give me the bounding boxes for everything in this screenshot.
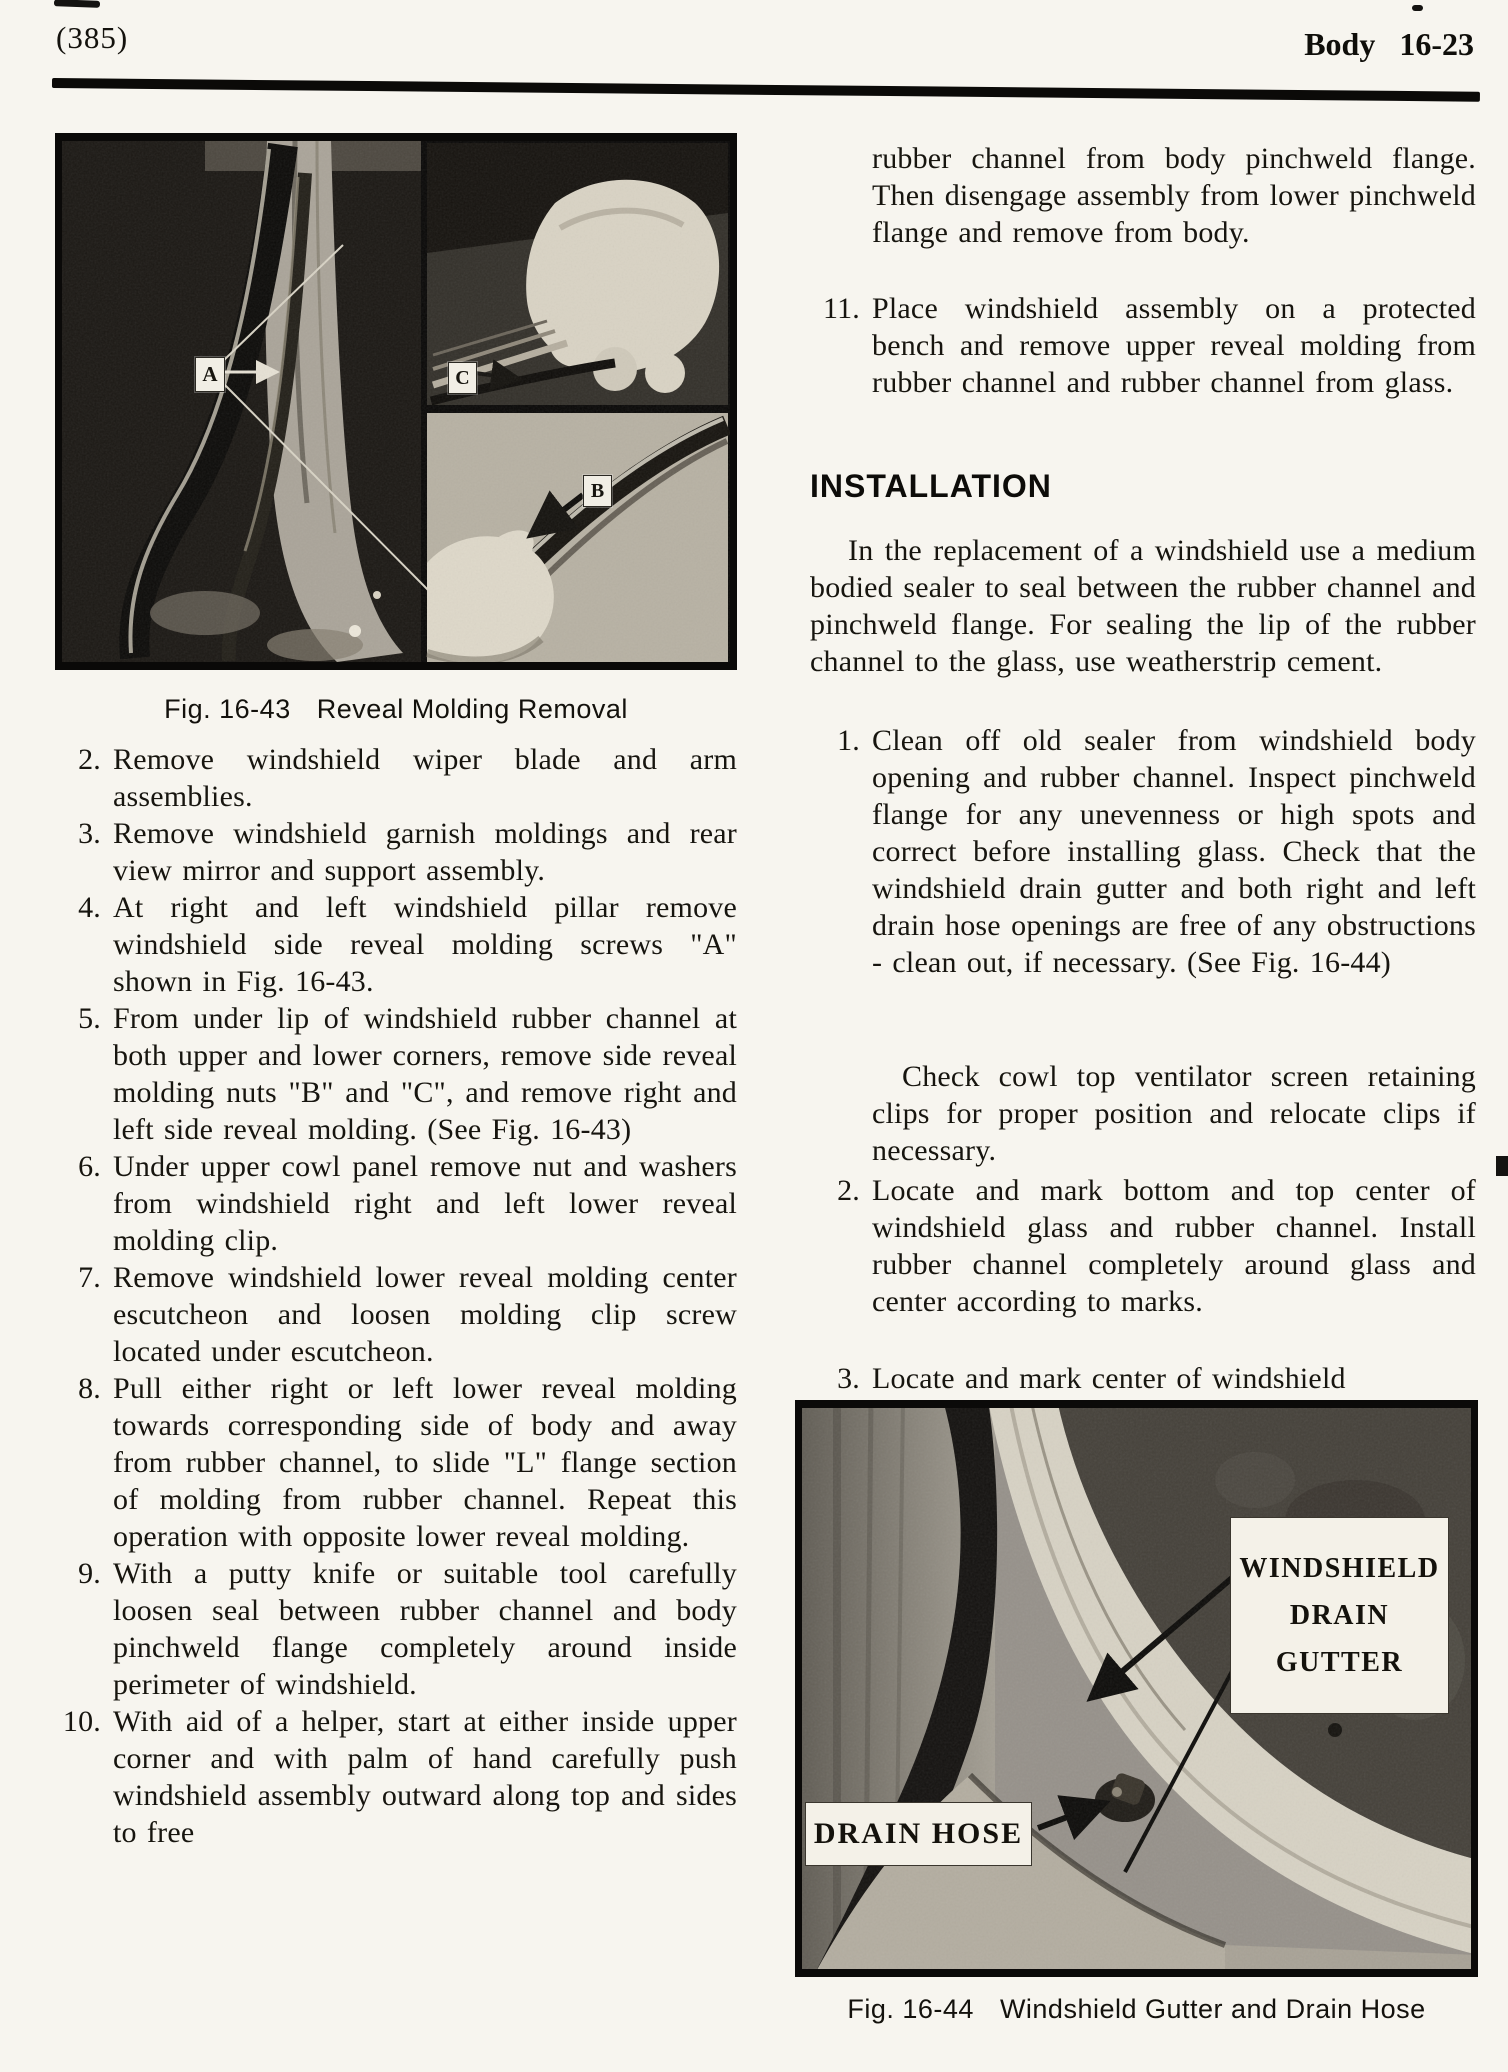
step-text: Remove windshield garnish moldings and r… [113,815,737,889]
callout-b: B [583,475,612,507]
figure-16-44: WINDSHIELD DRAIN GUTTER DRAIN HOSE [795,1400,1478,1977]
annotation-windshield-drain-gutter: WINDSHIELD DRAIN GUTTER [1230,1517,1449,1714]
figure-16-44-caption: Fig. 16-44Windshield Gutter and Drain Ho… [795,1994,1478,2025]
figure-16-43-caption: Fig. 16-43Reveal Molding Removal [55,694,737,725]
scan-artifact [1412,5,1423,11]
step-text: Locate and mark bottom and top center of… [872,1172,1476,1320]
section-header: Body 16-23 [1304,26,1474,63]
list-item: 7. Remove windshield lower reveal moldin… [55,1259,737,1370]
step-number: 4. [55,889,113,926]
step-text: Remove windshield lower reveal molding c… [113,1259,737,1370]
figure-16-43-number: Fig. 16-43 [164,694,291,724]
step-text: Under upper cowl panel remove nut and wa… [113,1148,737,1259]
step-number: 7. [55,1259,113,1296]
list-item: 8. Pull either right or left lower revea… [55,1370,737,1555]
step-number: 11. [810,290,872,327]
callout-c: C [448,362,477,394]
removal-steps-list: 2. Remove windshield wiper blade and arm… [55,741,737,1851]
step-number: 3. [810,1360,872,1397]
figure-16-44-title: Windshield Gutter and Drain Hose [1000,1994,1426,2024]
step-text: Place windshield assembly on a protected… [872,290,1476,401]
step-text: With aid of a helper, start at either in… [113,1703,737,1851]
step-text: Locate and mark center of windshield [872,1360,1476,1397]
cowl-note-paragraph: Check cowl top ventilator screen retaini… [872,1058,1476,1169]
list-item: 11. Place windshield assembly on a prote… [810,290,1476,401]
annotation-drain-hose: DRAIN HOSE [805,1802,1032,1866]
step-text: At right and left windshield pillar remo… [113,889,737,1000]
installation-heading: INSTALLATION [810,468,1052,505]
figure-16-43: A C B [55,133,737,670]
callout-a: A [195,357,225,392]
step-text: From under lip of windshield rubber chan… [113,1000,737,1148]
step-number: 10. [55,1703,113,1740]
step-number: 2. [810,1172,872,1209]
step-text: Clean off old sealer from windshield bod… [872,722,1476,981]
step-number: 9. [55,1555,113,1592]
step-number: 8. [55,1370,113,1407]
list-item: 6. Under upper cowl panel remove nut and… [55,1148,737,1259]
step-number: 3. [55,815,113,852]
list-item: 5. From under lip of windshield rubber c… [55,1000,737,1148]
list-item: 2. Remove windshield wiper blade and arm… [55,741,737,815]
step-number: 5. [55,1000,113,1037]
scan-artifact [54,0,100,8]
installation-intro: In the replacement of a windshield use a… [810,532,1476,680]
step-number: 2. [55,741,113,778]
page-number: (385) [56,20,128,56]
step-number: 6. [55,1148,113,1185]
list-item: 9. With a putty knife or suitable tool c… [55,1555,737,1703]
scan-artifact [1496,1156,1508,1176]
list-item: 3. Locate and mark center of windshield [810,1360,1476,1397]
step-text: Remove windshield wiper blade and arm as… [113,741,737,815]
list-item: 3. Remove windshield garnish moldings an… [55,815,737,889]
step-text: Pull either right or left lower reveal m… [113,1370,737,1555]
continuation-paragraph: rubber channel from body pinchweld flang… [872,140,1476,251]
list-item: 4. At right and left windshield pillar r… [55,889,737,1000]
figure-16-44-number: Fig. 16-44 [847,1994,974,2024]
header-rule [52,78,1480,102]
list-item: 2. Locate and mark bottom and top center… [810,1172,1476,1320]
figure-16-43-title: Reveal Molding Removal [317,694,628,724]
step-number: 1. [810,722,872,759]
step-text: With a putty knife or suitable tool care… [113,1555,737,1703]
figure-16-43-photo [55,133,737,670]
list-item: 10. With aid of a helper, start at eithe… [55,1703,737,1851]
list-item: 1. Clean off old sealer from windshield … [810,722,1476,981]
